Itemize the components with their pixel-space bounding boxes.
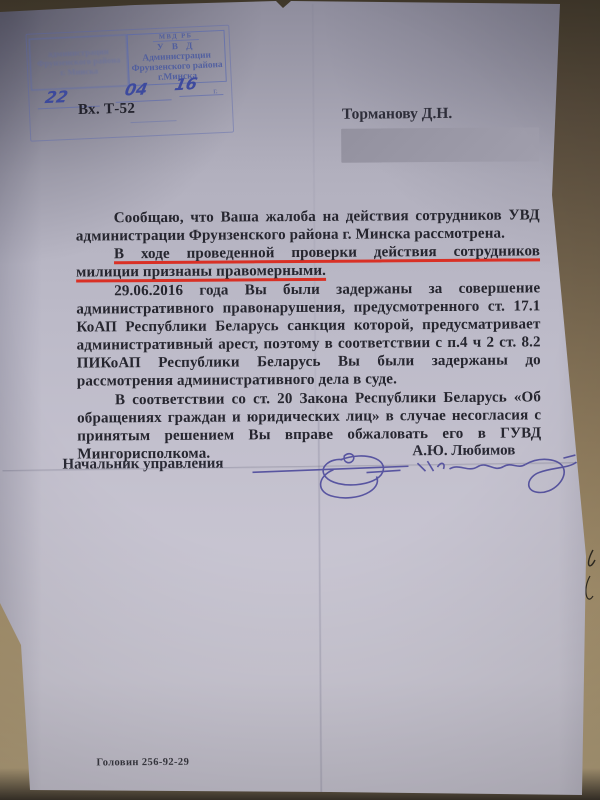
stamp-rule (131, 120, 177, 123)
body-paragraph: 29.06.2016 года Вы были задержаны за сов… (76, 279, 541, 391)
recipient-name: Торманову Д.Н. (342, 105, 452, 124)
stamp-rule (179, 94, 223, 97)
stamp-faint-line: г. Минска (60, 66, 98, 77)
vertical-fold-crease (317, 415, 323, 795)
letter-body: Сообщаю, что Ваша жалоба на действия сот… (76, 206, 542, 463)
body-paragraph-red-underlined: В ходе проведенной проверки действия сот… (76, 243, 540, 283)
signer-name: А.Ю. Любимов (412, 442, 515, 460)
letter-paper: администрации Фрунзенского района г. Мин… (0, 0, 600, 800)
handwritten-date-month: 04 (123, 79, 149, 99)
registration-stamp: администрации Фрунзенского района г. Мин… (25, 25, 234, 142)
body-paragraph: Сообщаю, что Ваша жалоба на действия сот… (76, 206, 540, 246)
executor-footer: Головин 256-92-29 (96, 757, 189, 769)
signer-position-title: Начальник управления (62, 456, 223, 474)
letter-content: администрации Фрунзенского района г. Мин… (0, 0, 600, 800)
redacted-address-box (341, 127, 539, 162)
handwritten-date-day: 22 (43, 87, 69, 107)
document-photo: администрации Фрунзенского района г. Мин… (0, 0, 600, 800)
stamp-faint-impression: администрации Фрунзенского района г. Мин… (29, 34, 129, 90)
incoming-number: Вх. Т-52 (78, 101, 136, 119)
handwritten-date-year: 16 (173, 74, 199, 94)
